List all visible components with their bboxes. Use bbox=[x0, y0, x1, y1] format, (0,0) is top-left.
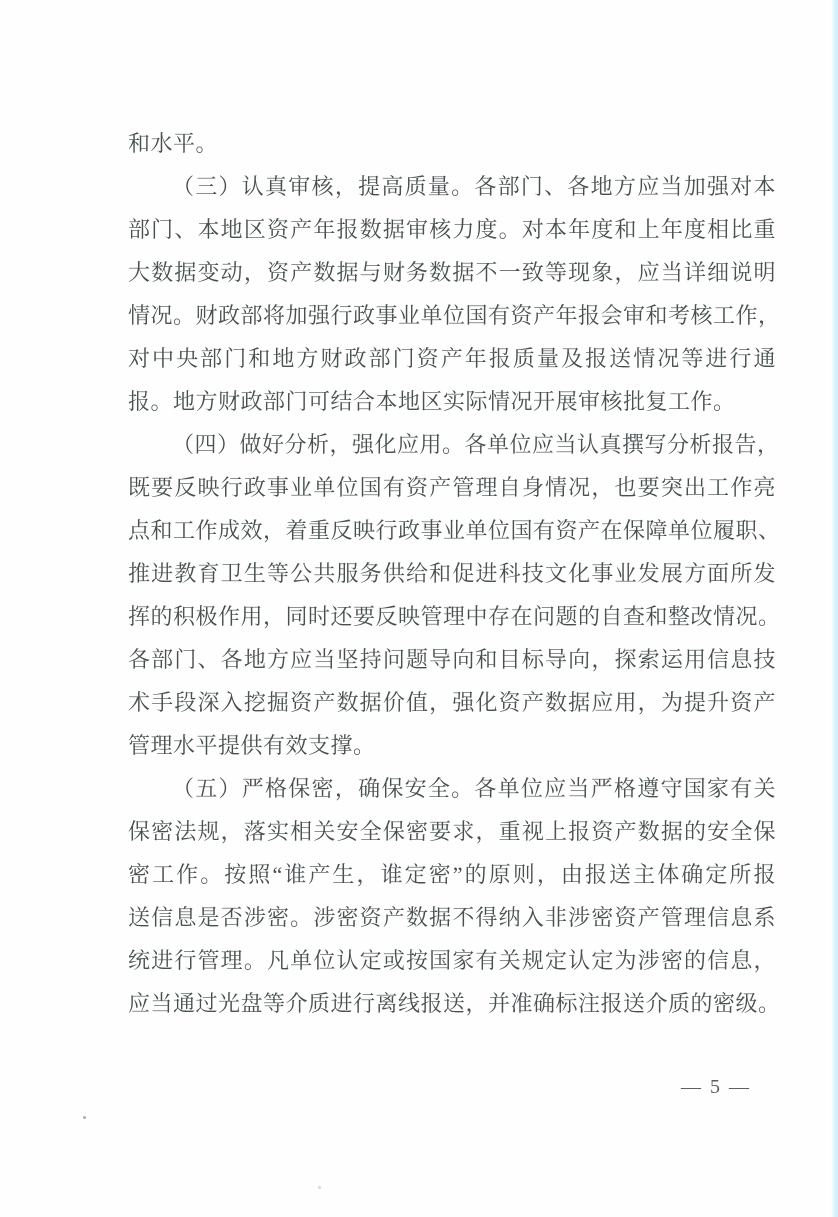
text-line: 保密法规，落实相关安全保密要求，重视上报资产数据的安全保 bbox=[128, 810, 776, 853]
text-line: 推进教育卫生等公共服务供给和促进科技文化事业发展方面所发 bbox=[128, 552, 776, 595]
text-line: 情况。财政部将加强行政事业单位国有资产年报会审和考核工作， bbox=[128, 294, 776, 337]
page-number: — 5 — bbox=[676, 1076, 756, 1099]
text-line: 密工作。按照“谁产生，谁定密”的原则，由报送主体确定所报 bbox=[128, 853, 776, 896]
scan-speck bbox=[83, 1116, 86, 1119]
text-line: 术手段深入挖掘资产数据价值，强化资产数据应用，为提升资产 bbox=[128, 681, 776, 724]
scan-speck bbox=[318, 1186, 321, 1189]
text-line: 部门、本地区资产年报数据审核力度。对本年度和上年度相比重 bbox=[128, 208, 776, 251]
text-line: 各部门、各地方应当坚持问题导向和目标导向，探索运用信息技 bbox=[128, 638, 776, 681]
scanner-edge-artifact bbox=[831, 0, 838, 1217]
text-line: 大数据变动，资产数据与财务数据不一致等现象，应当详细说明 bbox=[128, 251, 776, 294]
text-line: 报。地方财政部门可结合本地区实际情况开展审核批复工作。 bbox=[128, 380, 776, 423]
text-line: 挥的积极作用，同时还要反映管理中存在问题的自查和整改情况。 bbox=[128, 595, 776, 638]
text-line: 点和工作成效，着重反映行政事业单位国有资产在保障单位履职、 bbox=[128, 509, 776, 552]
text-line: 送信息是否涉密。涉密资产数据不得纳入非涉密资产管理信息系 bbox=[128, 896, 776, 939]
text-line: （四）做好分析，强化应用。各单位应当认真撰写分析报告， bbox=[128, 423, 776, 466]
text-line: 既要反映行政事业单位国有资产管理自身情况，也要突出工作亮 bbox=[128, 466, 776, 509]
scanned-document-page: 和水平。 （三）认真审核，提高质量。各部门、各地方应当加强对本 部门、本地区资产… bbox=[0, 0, 838, 1217]
text-line: 应当通过光盘等介质进行离线报送，并准确标注报送介质的密级。 bbox=[128, 982, 776, 1025]
text-line: （五）严格保密，确保安全。各单位应当严格遵守国家有关 bbox=[128, 767, 776, 810]
text-line: 管理水平提供有效支撑。 bbox=[128, 724, 776, 767]
text-line: （三）认真审核，提高质量。各部门、各地方应当加强对本 bbox=[128, 165, 776, 208]
text-line: 统进行管理。凡单位认定或按国家有关规定认定为涉密的信息， bbox=[128, 939, 776, 982]
document-body: 和水平。 （三）认真审核，提高质量。各部门、各地方应当加强对本 部门、本地区资产… bbox=[128, 122, 776, 1025]
text-line: 和水平。 bbox=[128, 122, 776, 165]
text-line: 对中央部门和地方财政部门资产年报质量及报送情况等进行通 bbox=[128, 337, 776, 380]
